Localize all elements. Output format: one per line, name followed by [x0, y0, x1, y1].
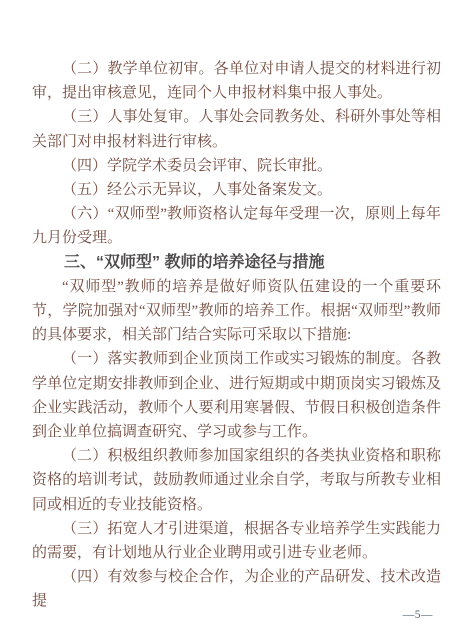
page-number: —5—: [403, 608, 433, 622]
paragraph-section-intro: “双师型”教师的培养是做好师资队伍建设的一个重要环节，学院加强对“双师型”教师的…: [32, 275, 441, 348]
paragraph-review-step-6: （六）“双师型”教师资格认定每年受理一次，原则上每年九月份受理。: [32, 202, 441, 250]
paragraph-measure-2: （二）积极组织教师参加国家组织的各类执业资格和职称资格的培训考试，鼓励教师通过业…: [32, 444, 441, 517]
paragraph-review-step-3: （三）人事处复审。人事处会同教务处、科研外事处等相关部门对申报材料进行审核。: [32, 105, 441, 153]
paragraph-review-step-4: （四）学院学术委员会评审、院长审批。: [32, 154, 441, 178]
document-body: （二）教学单位初审。各单位对申请人提交的材料进行初审，提出审核意见，连同个人申报…: [32, 57, 441, 614]
paragraph-measure-1: （一）落实教师到企业顶岗工作或实习锻炼的制度。各教学单位定期安排教师到企业、进行…: [32, 347, 441, 444]
paragraph-review-step-5: （五）经公示无异议，人事处备案发文。: [32, 178, 441, 202]
paragraph-review-step-2: （二）教学单位初审。各单位对申请人提交的材料进行初审，提出审核意见，连同个人申报…: [32, 57, 441, 105]
paragraph-measure-3: （三）拓宽人才引进渠道，根据各专业培养学生实践能力的需要，有计划地从行业企业聘用…: [32, 517, 441, 565]
section-heading: 三、“双师型” 教师的培养途径与措施: [32, 251, 441, 275]
paragraph-measure-4: （四）有效参与校企合作，为企业的产品研发、技术改造提: [32, 565, 441, 613]
document-page: （二）教学单位初审。各单位对申请人提交的材料进行初审，提出审核意见，连同个人申报…: [0, 0, 473, 643]
